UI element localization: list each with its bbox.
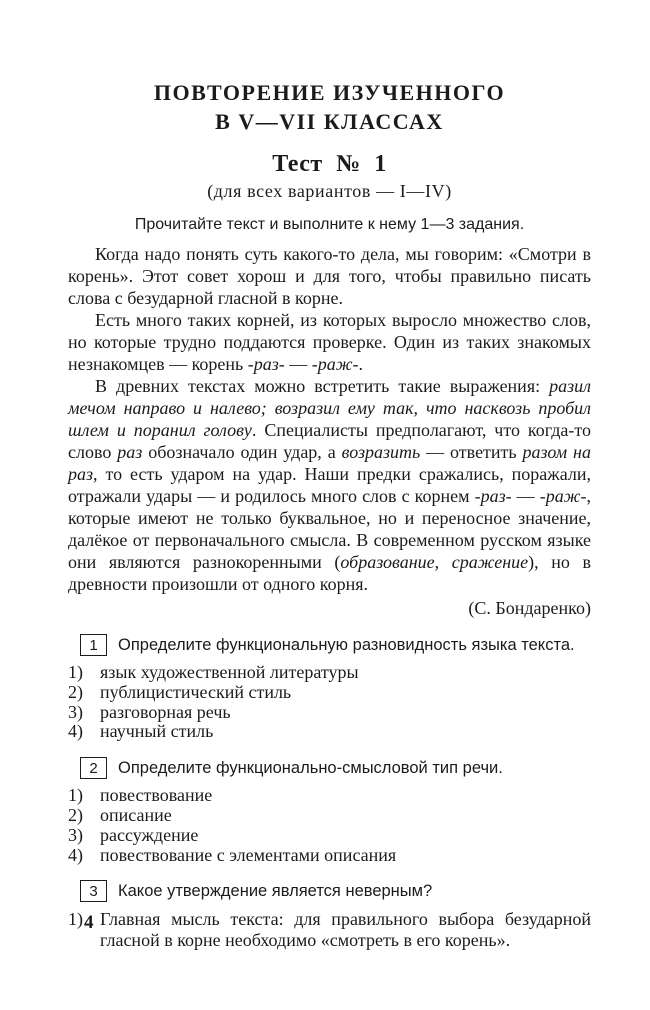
- book-page: ПОВТОРЕНИЕ ИЗУЧЕННОГО В V—VII КЛАССАХ Те…: [0, 0, 650, 1010]
- option-number: 2): [68, 806, 100, 826]
- option-number: 2): [68, 683, 100, 703]
- questions-section: 1 Определите функциональную разновидност…: [68, 634, 591, 951]
- option-row: 2) описание: [68, 806, 591, 826]
- option-text: повествование: [100, 786, 591, 806]
- options-list: 1) Главная мысль текста: для правильного…: [68, 909, 591, 951]
- option-number: 3): [68, 703, 100, 723]
- page-title-line1: ПОВТОРЕНИЕ ИЗУЧЕННОГО: [154, 80, 505, 105]
- test-subtitle: (для всех вариантов — I—IV): [68, 180, 591, 202]
- option-row: 1) Главная мысль текста: для правильного…: [68, 909, 591, 951]
- page-content: ПОВТОРЕНИЕ ИЗУЧЕННОГО В V—VII КЛАССАХ Те…: [68, 0, 591, 951]
- page-number: 4: [84, 912, 94, 934]
- option-text: публицистический стиль: [100, 683, 591, 703]
- question-header: 1 Определите функциональную разновидност…: [80, 634, 591, 656]
- passage-text: Когда надо понять суть какого-то дела, м…: [68, 243, 591, 595]
- test-title: Тест № 1: [68, 151, 591, 178]
- page-title-line2: В V—VII КЛАССАХ: [215, 109, 444, 134]
- option-text: научный стиль: [100, 722, 591, 742]
- question-header: 2 Определите функционально-смысловой тип…: [80, 757, 591, 779]
- question-number-box: 3: [80, 880, 107, 902]
- passage-paragraph: Есть много таких корней, из которых выро…: [68, 309, 591, 375]
- question-block-2: 2 Определите функционально-смысловой тип…: [68, 757, 591, 865]
- option-row: 1) язык художественной литературы: [68, 663, 591, 683]
- option-text: повествование с элементами описания: [100, 846, 591, 866]
- question-number-box: 1: [80, 634, 107, 656]
- option-row: 3) разговорная речь: [68, 703, 591, 723]
- option-text: язык художественной литературы: [100, 663, 591, 683]
- question-prompt: Определите функциональную разновидность …: [118, 635, 575, 656]
- option-text: описание: [100, 806, 591, 826]
- options-list: 1) повествование 2) описание 3) рассужде…: [68, 786, 591, 865]
- question-prompt: Какое утверждение является неверным?: [118, 881, 432, 902]
- option-number: 1): [68, 663, 100, 683]
- option-number: 4): [68, 846, 100, 866]
- option-row: 2) публицистический стиль: [68, 683, 591, 703]
- page-title: ПОВТОРЕНИЕ ИЗУЧЕННОГО В V—VII КЛАССАХ: [68, 78, 591, 136]
- option-text: Главная мысль текста: для правильного вы…: [100, 909, 591, 951]
- option-number: 3): [68, 826, 100, 846]
- instruction-line: Прочитайте текст и выполните к нему 1—3 …: [68, 215, 591, 235]
- passage-paragraph: Когда надо понять суть какого-то дела, м…: [68, 243, 591, 309]
- author-attribution: (С. Бондаренко): [68, 597, 591, 619]
- passage-paragraph: В древних текстах можно встретить такие …: [68, 375, 591, 595]
- option-number: 1): [68, 786, 100, 806]
- option-number: 4): [68, 722, 100, 742]
- option-text: разговорная речь: [100, 703, 591, 723]
- question-number-box: 2: [80, 757, 107, 779]
- option-row: 4) научный стиль: [68, 722, 591, 742]
- question-block-1: 1 Определите функциональную разновидност…: [68, 634, 591, 742]
- question-header: 3 Какое утверждение является неверным?: [80, 880, 591, 902]
- question-block-3: 3 Какое утверждение является неверным? 1…: [68, 880, 591, 951]
- option-row: 4) повествование с элементами описания: [68, 846, 591, 866]
- question-prompt: Определите функционально-смысловой тип р…: [118, 758, 503, 779]
- options-list: 1) язык художественной литературы 2) пуб…: [68, 663, 591, 742]
- option-row: 3) рассуждение: [68, 826, 591, 846]
- option-row: 1) повествование: [68, 786, 591, 806]
- option-text: рассуждение: [100, 826, 591, 846]
